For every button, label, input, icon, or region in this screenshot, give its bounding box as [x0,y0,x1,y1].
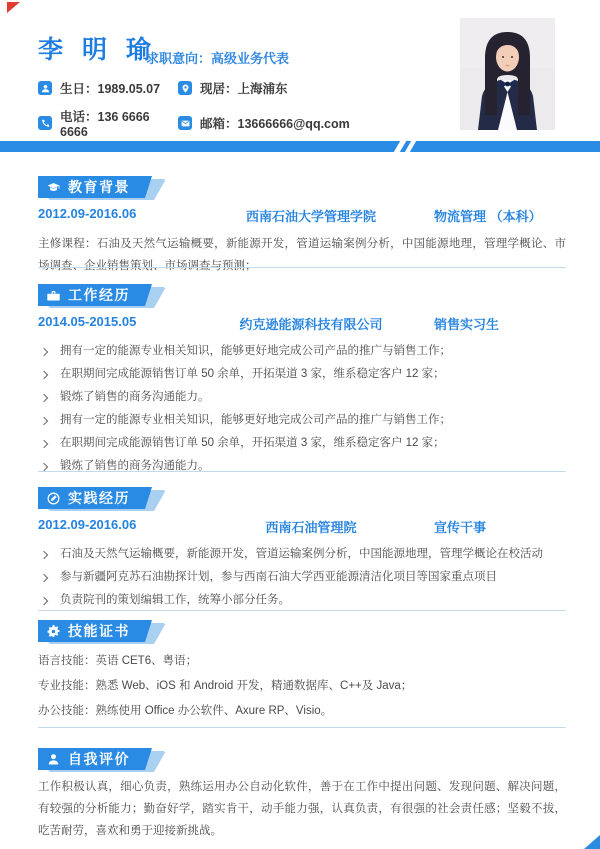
candidate-name: 李 明 瑜 [38,30,157,66]
contact-birthday: 生日：1989.05.07 [38,79,178,97]
corner-fold-red [7,2,20,13]
contact-label: 生日：1989.05.07 [60,79,160,97]
section-education: 教育背景 2012.09-2016.06 西南石油大学管理学院 物流管理 （本科… [38,176,566,277]
work-bullets: 拥有一定的能源专业相关知识，能够更好地完成公司产品的推广与销售工作； 在职期间完… [38,340,566,478]
bullet-item: 参与新疆阿克苏石油勘探计划，参与西南石油大学西亚能源清洁化项目等国家重点项目 [38,566,566,589]
divider [38,727,566,728]
section-title: 自我评价 [68,749,130,769]
ribbon-face: 教育背景 [38,176,152,198]
work-role: 销售实习生 [434,314,566,333]
education-major: 物流管理 （本科） [434,206,566,225]
divider [38,610,566,611]
divider [38,471,566,472]
section-header: 教育背景 [38,176,566,198]
user-icon [38,81,52,95]
work-row: 2014.05-2015.05 约克逊能源科技有限公司 销售实习生 [38,314,566,333]
section-title: 工作经历 [68,285,130,305]
header-banner [0,141,600,152]
contact-residence: 现居：上海浦东 [178,79,350,97]
skill-line: 语言技能：英语 CET6、粤语； [38,649,566,674]
ribbon-face: 技能证书 [38,620,152,642]
education-school: 西南石油大学管理学院 [188,206,434,225]
section-work: 工作经历 2014.05-2015.05 约克逊能源科技有限公司 销售实习生 拥… [38,284,566,478]
section-evaluation: 自我评价 工作积极认真，细心负责，熟练运用办公自动化软件，善于在工作中提出问题、… [38,748,566,842]
education-courses: 主修课程：石油及天然气运输概要，新能源开发，管道运输案例分析，中国能源地理，管理… [38,233,566,277]
job-intent: 求职意向：高级业务代表 [146,48,289,67]
mail-icon [178,116,192,130]
work-date: 2014.05-2015.05 [38,314,188,333]
bullet-item: 锻炼了销售的商务沟通能力。 [38,386,566,409]
practice-date: 2012.09-2016.06 [38,517,188,536]
practice-role: 宣传干事 [434,517,566,536]
skill-line: 办公技能：熟练使用 Office 办公软件、Axure RP、Visio。 [38,699,566,724]
contact-label: 邮箱：13666666@qq.com [200,114,350,132]
bullet-item: 锻炼了销售的商务沟通能力。 [38,455,566,478]
section-title: 教育背景 [68,177,130,197]
evaluation-text: 工作积极认真，细心负责，熟练运用办公自动化软件，善于在工作中提出问题、发现问题、… [38,776,566,842]
section-header: 工作经历 [38,284,566,306]
contact-info: 生日：1989.05.07 现居：上海浦东 电话：136 6666 6666 邮… [38,79,350,139]
section-header: 技能证书 [38,620,566,642]
briefcase-icon [47,289,60,302]
skills-list: 语言技能：英语 CET6、粤语； 专业技能：熟悉 Web、iOS 和 Andro… [38,649,566,724]
bullet-item: 石油及天然气运输概要，新能源开发，管道运输案例分析，中国能源地理，管理学概论在校… [38,543,566,566]
bullet-item: 拥有一定的能源专业相关知识，能够更好地完成公司产品的推广与销售工作； [38,409,566,432]
phone-icon [38,116,52,130]
id-photo [460,18,555,130]
graduation-cap-icon [47,181,60,194]
bullet-item: 在职期间完成能源销售订单 50 余单，开拓渠道 3 家，维系稳定客户 12 家； [38,363,566,386]
practice-bullets: 石油及天然气运输概要，新能源开发，管道运输案例分析，中国能源地理，管理学概论在校… [38,543,566,612]
bullet-item: 拥有一定的能源专业相关知识，能够更好地完成公司产品的推广与销售工作； [38,340,566,363]
ribbon-face: 工作经历 [38,284,152,306]
education-date: 2012.09-2016.06 [38,206,188,225]
gear-icon [47,625,60,638]
divider [38,267,566,268]
section-practice: 实践经历 2012.09-2016.06 西南石油管理院 宣传干事 石油及天然气… [38,487,566,612]
pen-circle-icon [47,492,60,505]
education-row: 2012.09-2016.06 西南石油大学管理学院 物流管理 （本科） [38,206,566,225]
section-title: 技能证书 [68,621,130,641]
section-header: 自我评价 [38,748,566,770]
ribbon-face: 实践经历 [38,487,152,509]
bullet-item: 负责院刊的策划编辑工作，统筹小部分任务。 [38,589,566,612]
bullet-item: 在职期间完成能源销售订单 50 余单，开拓渠道 3 家，维系稳定客户 12 家； [38,432,566,455]
section-header: 实践经历 [38,487,566,509]
contact-label: 电话：136 6666 6666 [60,107,178,139]
practice-org: 西南石油管理院 [188,517,434,536]
location-icon [178,81,192,95]
contact-label: 现居：上海浦东 [200,79,288,97]
practice-row: 2012.09-2016.06 西南石油管理院 宣传干事 [38,517,566,536]
section-title: 实践经历 [68,488,130,508]
corner-fold-blue [584,835,600,849]
skill-line: 专业技能：熟悉 Web、iOS 和 Android 开发，精通数据库、C++及 … [38,674,566,699]
ribbon-face: 自我评价 [38,748,152,770]
section-skills: 技能证书 语言技能：英语 CET6、粤语； 专业技能：熟悉 Web、iOS 和 … [38,620,566,724]
work-company: 约克逊能源科技有限公司 [188,314,434,333]
contact-email: 邮箱：13666666@qq.com [178,107,350,139]
contact-phone: 电话：136 6666 6666 [38,107,178,139]
person-icon [47,753,60,766]
